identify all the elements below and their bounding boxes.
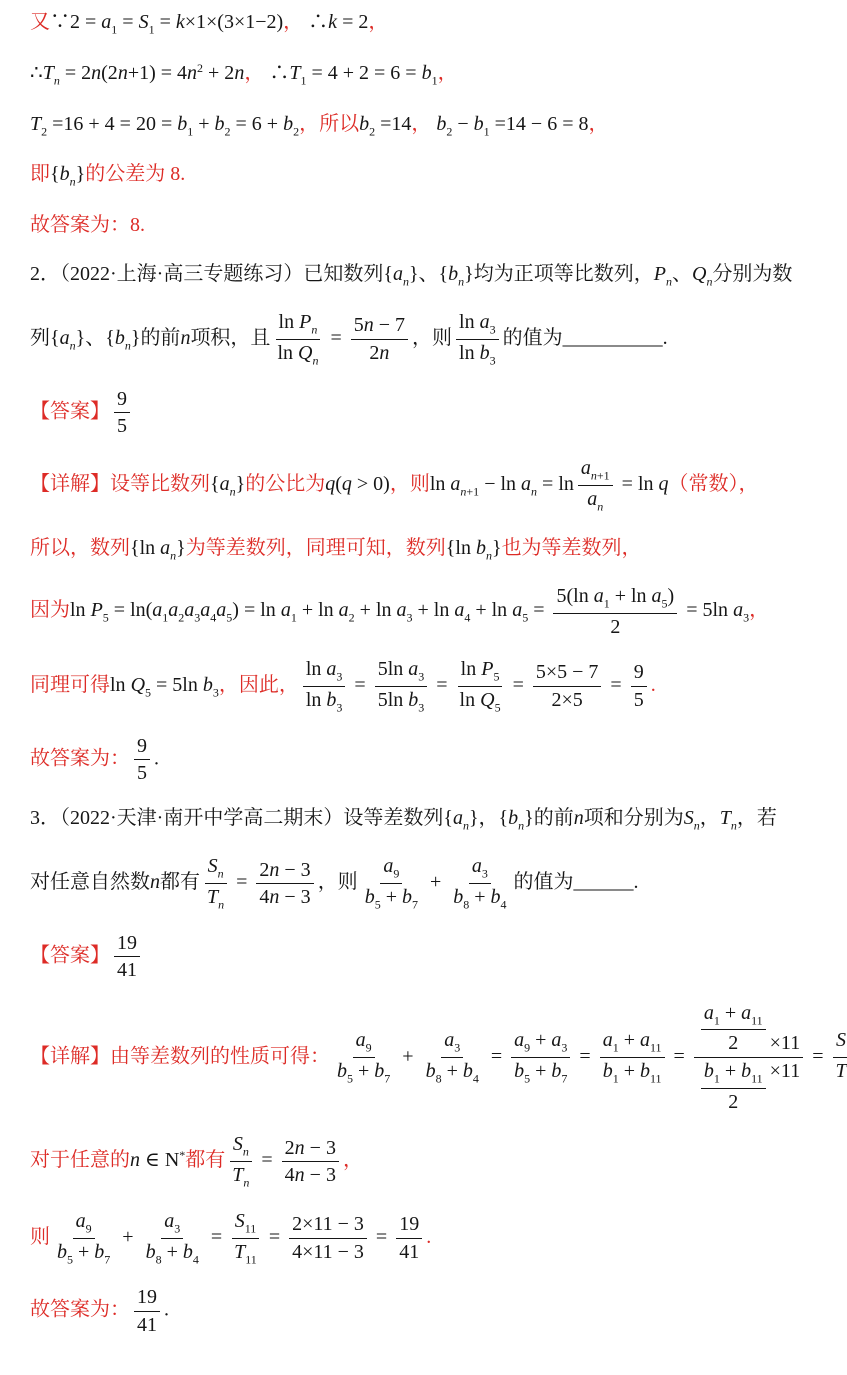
text-run: 、 (85, 327, 105, 349)
fraction-denominator: Tn (204, 884, 227, 912)
math-token: { (50, 163, 60, 185)
math-token: a (733, 599, 743, 621)
math-token: a (587, 488, 597, 510)
math-token: S (139, 11, 149, 33)
math-token: = (528, 599, 549, 621)
math-token: 9 (86, 1221, 92, 1235)
math-token: b (741, 1060, 751, 1082)
math-expression: a3 (444, 1029, 460, 1055)
fraction: 95 (134, 735, 150, 785)
math-token: b (448, 263, 458, 285)
math-expression: ln Qn (277, 342, 318, 368)
math-token: } (76, 327, 86, 349)
math-token: T (30, 113, 41, 135)
math-token: > 0) (352, 473, 390, 495)
math-token: 3 (482, 867, 488, 881)
math-token: ln (306, 658, 322, 680)
fraction-denominator: b1 + b11 (600, 1058, 665, 1086)
math-token: 11 (751, 1013, 763, 1027)
math-token: a (76, 1210, 86, 1232)
text-run: 的值为______. (514, 871, 639, 893)
math-token: ) (668, 585, 675, 607)
subscript: 7 (384, 1071, 390, 1085)
math-token: a (472, 855, 482, 877)
math-exercise-document: 又∵2 = a1 = S1 = k×1×(3×1−2)， ∴k = 2，∴Tn … (0, 0, 847, 1336)
math-expression: T11 (835, 1060, 847, 1086)
math-expression: 5n − 7 (354, 314, 405, 336)
math-token: ln (182, 674, 198, 696)
text-run: 、 (672, 263, 692, 285)
math-token: + (353, 1060, 374, 1082)
math-token: = (486, 1045, 507, 1067)
fraction-numerator: a9 (73, 1210, 95, 1239)
math-token: = (349, 674, 370, 696)
math-token: − 3 (305, 1137, 336, 1159)
math-token: 5 (354, 314, 364, 336)
fraction-numerator: S11 (833, 1029, 847, 1058)
math-expression: {an} (210, 473, 245, 495)
math-expression: ∵2 = a1 = S1 = k×1×(3×1−2) (50, 11, 283, 33)
math-token: b (183, 1241, 193, 1263)
fraction: 1941 (134, 1286, 160, 1336)
math-token: 9 (634, 661, 644, 683)
text-run: 【详解】设等比数列 (30, 473, 210, 495)
math-token: + (193, 113, 214, 135)
math-token: } (76, 163, 86, 185)
math-expression: ∴Tn = 2n(2n+1) = 4n2 + 2n (30, 62, 244, 84)
math-token: 7 (384, 1071, 390, 1085)
fraction-denominator: 2 (725, 1089, 741, 1113)
math-token: n (574, 807, 584, 829)
math-token: + (297, 599, 318, 621)
math-token: 11 (650, 1040, 662, 1054)
fraction: a9b5 + b7 (362, 855, 421, 912)
math-token: 5 (495, 700, 501, 714)
fraction-denominator: 41 (396, 1239, 422, 1263)
math-token: ln (318, 599, 334, 621)
math-expression: n (574, 807, 584, 829)
math-token: n (234, 62, 244, 84)
math-token: + (117, 1226, 138, 1248)
fraction-numerator: ln a3 (456, 311, 499, 340)
math-token: b (203, 674, 213, 696)
math-token: − 3 (279, 886, 310, 908)
math-token: b (337, 1060, 347, 1082)
math-expression: b5 + b7 (337, 1060, 390, 1086)
math-token: +1 (597, 469, 610, 483)
math-token: } (131, 327, 141, 349)
math-token: 19 (399, 1213, 419, 1235)
math-expression: a1 + a11 (603, 1029, 662, 1055)
fraction: a3b8 + b4 (143, 1210, 202, 1267)
text-run: 又 (30, 11, 50, 33)
math-token: } (524, 807, 534, 829)
math-token: 41 (117, 959, 137, 981)
math-expression: + (117, 1226, 138, 1248)
math-token: S (836, 1029, 846, 1051)
fraction-denominator: ln b3 (456, 340, 499, 368)
math-token: P (299, 311, 311, 333)
math-token: { (443, 807, 453, 829)
math-token: = (605, 674, 626, 696)
text-run: 列 (30, 327, 50, 349)
math-token: 4 (473, 1071, 479, 1085)
text-run: 的公差为 8. (85, 163, 185, 185)
math-expression: {bn} (50, 163, 85, 185)
math-token: q (325, 473, 335, 495)
math-token: a (454, 599, 464, 621)
math-token: b (474, 113, 484, 135)
fraction-denominator: an (584, 486, 606, 514)
text-run: . (426, 1226, 431, 1248)
math-expression: a9 (383, 855, 399, 881)
math-expression: a3 (472, 855, 488, 881)
math-token: { (130, 537, 140, 559)
math-token: b (146, 1241, 156, 1263)
math-expression: = (325, 327, 346, 349)
math-token: = 5 (681, 599, 712, 621)
math-token: P (481, 658, 493, 680)
subscript: n (312, 353, 318, 367)
math-token: + (619, 1060, 640, 1082)
math-expression: = (605, 674, 626, 696)
math-token: n (311, 322, 317, 336)
math-expression: + (397, 1045, 418, 1067)
sol1-step-2: ∴Tn = 2n(2n+1) = 4n2 + 2n， ∴T1 = 4 + 2 =… (30, 59, 823, 90)
sol1-step-1: 又∵2 = a1 = S1 = k×1×(3×1−2)， ∴k = 2， (30, 8, 823, 39)
math-token: 19 (117, 932, 137, 954)
math-token: T (207, 886, 218, 908)
math-token: a (514, 1029, 524, 1051)
math-token: + (470, 599, 491, 621)
q2-explain-line-2: 所以，数列{ln an}为等差数列，同理可知，数列{ln bn}也为等差数列， (30, 534, 823, 565)
math-token: = (256, 1149, 277, 1171)
math-token: a (356, 1029, 366, 1051)
math-token: ∴ (264, 62, 289, 84)
subscript: 3 (174, 1221, 180, 1235)
text-run: 都有 (160, 871, 200, 893)
math-expression: + (425, 871, 446, 893)
math-token: ln (388, 689, 404, 711)
math-expression: = (349, 674, 370, 696)
fraction-denominator: b5 + b7 (511, 1058, 570, 1086)
math-token: n (269, 886, 279, 908)
fraction: 1941 (114, 932, 140, 982)
math-expression: b5 + b7 (365, 886, 418, 912)
math-token: { (499, 807, 509, 829)
math-token: = (617, 473, 638, 495)
math-token: 3 (418, 669, 424, 683)
math-token: 41 (137, 1314, 157, 1336)
math-token: b (514, 1060, 524, 1082)
math-token: a (101, 11, 111, 33)
math-token: { (105, 327, 115, 349)
subscript: n (243, 1175, 249, 1189)
math-token: + (425, 871, 446, 893)
math-token: (2 (101, 62, 118, 84)
fraction: 5ln a35ln b3 (375, 658, 428, 715)
fraction-numerator: 2n − 3 (256, 859, 313, 884)
math-token: = (206, 1226, 227, 1248)
math-token: + (610, 585, 631, 607)
math-token: ( (335, 473, 342, 495)
math-token: = (231, 871, 252, 893)
text-run: 对于任意的 (30, 1149, 130, 1171)
subscript: 3 (336, 700, 342, 714)
math-token: b (283, 113, 293, 135)
math-token: 5 (117, 415, 127, 437)
math-token: ln (461, 658, 477, 680)
subscript: 11 (650, 1040, 662, 1054)
math-token: a (408, 658, 418, 680)
math-token: = (431, 674, 452, 696)
math-token: 5 (493, 669, 499, 683)
text-run: 所以，数列 (30, 537, 130, 559)
math-expression: Sn (233, 1133, 249, 1159)
math-token: = (117, 11, 138, 33)
subscript: n (243, 1144, 249, 1158)
math-token: n (243, 1175, 249, 1189)
math-expression: 9 (634, 661, 644, 683)
math-token: ln (713, 599, 729, 621)
math-token: 4 (285, 1164, 295, 1186)
subscript: 3 (490, 322, 496, 336)
math-token: + (355, 599, 376, 621)
math-expression: 4n − 3 (285, 1164, 336, 1186)
fraction-numerator: a3 (469, 855, 491, 884)
text-run: ， (411, 113, 431, 135)
text-run: 同理可得 (30, 674, 110, 696)
subscript: n+1 (591, 469, 610, 483)
fraction: a1 + a112×11b1 + b112×11 (694, 1002, 803, 1113)
math-token: 11 (245, 1221, 257, 1235)
subscript: n (311, 322, 317, 336)
fraction-denominator: 2n (366, 340, 392, 364)
math-expression: {an} (443, 807, 478, 829)
math-token: a (453, 807, 463, 829)
fraction-numerator: a1 + a11 (701, 1002, 766, 1031)
math-expression: Tn (720, 807, 737, 829)
text-run: 的公比为 (245, 473, 325, 495)
math-expression: = (231, 871, 252, 893)
math-token: +1) = 4 (128, 62, 187, 84)
math-token: b (60, 163, 70, 185)
math-token: } (176, 537, 186, 559)
math-token: + (469, 886, 490, 908)
math-token: = 6 + (231, 113, 284, 135)
math-token: ln (306, 689, 322, 711)
math-token: 2 (728, 1091, 738, 1113)
text-run: 项积，且 (190, 327, 270, 349)
text-run: 都有 (185, 1149, 225, 1171)
math-token: S (684, 807, 694, 829)
fraction-numerator: 19 (396, 1213, 422, 1238)
fraction-denominator: b1 + b112×11 (694, 1058, 803, 1113)
math-token: b (57, 1241, 67, 1263)
text-run: ， (749, 599, 769, 621)
math-expression: 41 (137, 1314, 157, 1336)
subscript: n (218, 867, 224, 881)
math-token: a (393, 263, 403, 285)
math-expression: Sn (684, 807, 700, 829)
math-token: a (220, 473, 230, 495)
fraction: 2n − 34n − 3 (256, 859, 313, 909)
math-expression: = (669, 1045, 690, 1067)
subscript: 7 (412, 897, 418, 911)
subscript: 11 (245, 1221, 257, 1235)
math-token: a (581, 457, 591, 479)
math-token: − (452, 113, 473, 135)
fraction-denominator: 2 (607, 614, 623, 638)
math-token: n (187, 62, 197, 84)
fraction-denominator: b5 + b7 (54, 1239, 113, 1267)
subscript: 9 (86, 1221, 92, 1235)
math-expression: ln a3 (306, 658, 343, 684)
text-run: ，则 (412, 327, 452, 349)
math-expression: 2 (610, 616, 620, 638)
math-expression: = (508, 674, 529, 696)
math-expression: = (574, 1045, 595, 1067)
math-expression: ln a3 (459, 311, 496, 337)
math-expression: S11 (836, 1029, 847, 1055)
text-run: 分别为数 (712, 263, 792, 285)
math-token: Q (131, 674, 145, 696)
subscript: 5 (493, 669, 499, 683)
math-token: 7 (561, 1071, 567, 1085)
text-run: 项和分别为 (584, 807, 684, 829)
math-token: 3 (418, 700, 424, 714)
math-token: + (413, 599, 434, 621)
subscript: 3 (482, 867, 488, 881)
math-token: b (408, 689, 418, 711)
math-token: b (603, 1060, 613, 1082)
text-run: 2．（2022·上海·高三专题练习）已知数列 (30, 263, 383, 285)
math-token: . (154, 747, 159, 769)
subscript: 3 (490, 353, 496, 367)
math-token: a (397, 599, 407, 621)
subscript: 3 (454, 1040, 460, 1054)
math-expression: 5ln a3 (378, 658, 425, 684)
math-token: b (365, 886, 375, 908)
math-expression: {an} (383, 263, 418, 285)
math-expression: {bn} (439, 263, 474, 285)
subscript: 11 (751, 1071, 763, 1085)
q3-explain-line-1: 【详解】由等差数列的性质可得：a9b5 + b7 + a3b8 + b4 = a… (30, 1002, 823, 1113)
subscript: 11 (245, 1252, 257, 1266)
math-token: . (164, 1299, 169, 1321)
math-token: S (233, 1133, 243, 1155)
math-token: k (176, 11, 185, 33)
math-token: a (480, 311, 490, 333)
math-token: a (603, 1029, 613, 1051)
fraction-denominator: b8 + b4 (143, 1239, 202, 1267)
math-token: = (807, 1045, 828, 1067)
text-run: ，若 (737, 807, 777, 829)
math-token: ln (388, 658, 404, 680)
math-token: 3 (336, 700, 342, 714)
math-expression: a3 (164, 1210, 180, 1236)
fraction-numerator: 5(ln a1 + ln a5) (553, 585, 677, 614)
text-run: ， (283, 11, 303, 33)
q3-answer: 【答案】1941 (30, 932, 823, 982)
subscript: 4 (193, 1252, 199, 1266)
math-token: b (402, 886, 412, 908)
math-token: 9 (366, 1040, 372, 1054)
math-token: + (162, 1241, 183, 1263)
math-expression: = (431, 674, 452, 696)
subscript: 4 (473, 1071, 479, 1085)
math-expression: Sn (208, 855, 224, 881)
math-expression: n ∈ N* (130, 1149, 185, 1171)
math-token: 3 (174, 1221, 180, 1235)
math-expression: ln an+1 − ln an = ln (430, 473, 574, 495)
math-token: a (521, 473, 531, 495)
math-expression: 5 (634, 689, 644, 711)
fraction-denominator: ln Qn (274, 340, 321, 368)
math-token: 4×11 − 3 (292, 1241, 364, 1263)
math-token: = (574, 1045, 595, 1067)
math-expression: = 5ln a3 (681, 599, 749, 621)
subscript: 7 (561, 1071, 567, 1085)
math-token: } (492, 537, 502, 559)
subscript: 3 (418, 669, 424, 683)
text-run: ， (479, 807, 499, 829)
fraction: SnTn (204, 855, 227, 912)
fraction-denominator: 2×5 (548, 687, 585, 711)
math-expression: ∴T1 = 4 + 2 = 6 = b1 (264, 62, 437, 84)
math-token: = (371, 1226, 392, 1248)
fraction-denominator: 41 (114, 957, 140, 981)
math-token: 9 (393, 867, 399, 881)
math-token: + (530, 1029, 551, 1051)
text-run: 均为正项等比数列， (474, 263, 654, 285)
text-run: . (651, 674, 656, 696)
math-token: ln (277, 342, 293, 364)
math-token: ∴ (303, 11, 328, 33)
math-token: { (210, 473, 220, 495)
math-token: n (295, 1164, 305, 1186)
fraction-numerator: 2×11 − 3 (289, 1213, 367, 1238)
math-expression: ∴k = 2 (303, 11, 368, 33)
math-token: ln (573, 585, 589, 607)
math-token: a (152, 599, 162, 621)
math-token: + (720, 1002, 741, 1024)
math-token: 11 (650, 1071, 662, 1085)
fraction-denominator: 4n − 3 (282, 1162, 339, 1186)
math-expression: 19 (399, 1213, 419, 1235)
math-token: = 2 (60, 62, 91, 84)
text-run: 为等差数列，同理可知，数列 (186, 537, 446, 559)
math-token: =14 − 6 = 8 (490, 113, 589, 135)
math-token: b (480, 342, 490, 364)
math-expression: a1 + a11 (704, 1002, 763, 1028)
math-token: 41 (399, 1241, 419, 1263)
math-token: 7 (412, 897, 418, 911)
text-run: （常数）， (669, 473, 759, 495)
fraction-denominator: T11 (231, 1239, 260, 1267)
text-run: 对任意自然数 (30, 871, 150, 893)
math-token: 3 (561, 1040, 567, 1054)
math-expression: = (371, 1226, 392, 1248)
math-expression: . (164, 1299, 169, 1321)
math-token: 2×5 (551, 689, 582, 711)
math-expression: 2×11 − 3 (292, 1213, 364, 1235)
math-expression: 19 (137, 1286, 157, 1308)
math-token: ln (638, 473, 654, 495)
fraction: S11T11 (832, 1029, 847, 1086)
fraction-numerator: 5ln a3 (375, 658, 428, 687)
math-token: ×1×(3×1−2) (185, 11, 283, 33)
